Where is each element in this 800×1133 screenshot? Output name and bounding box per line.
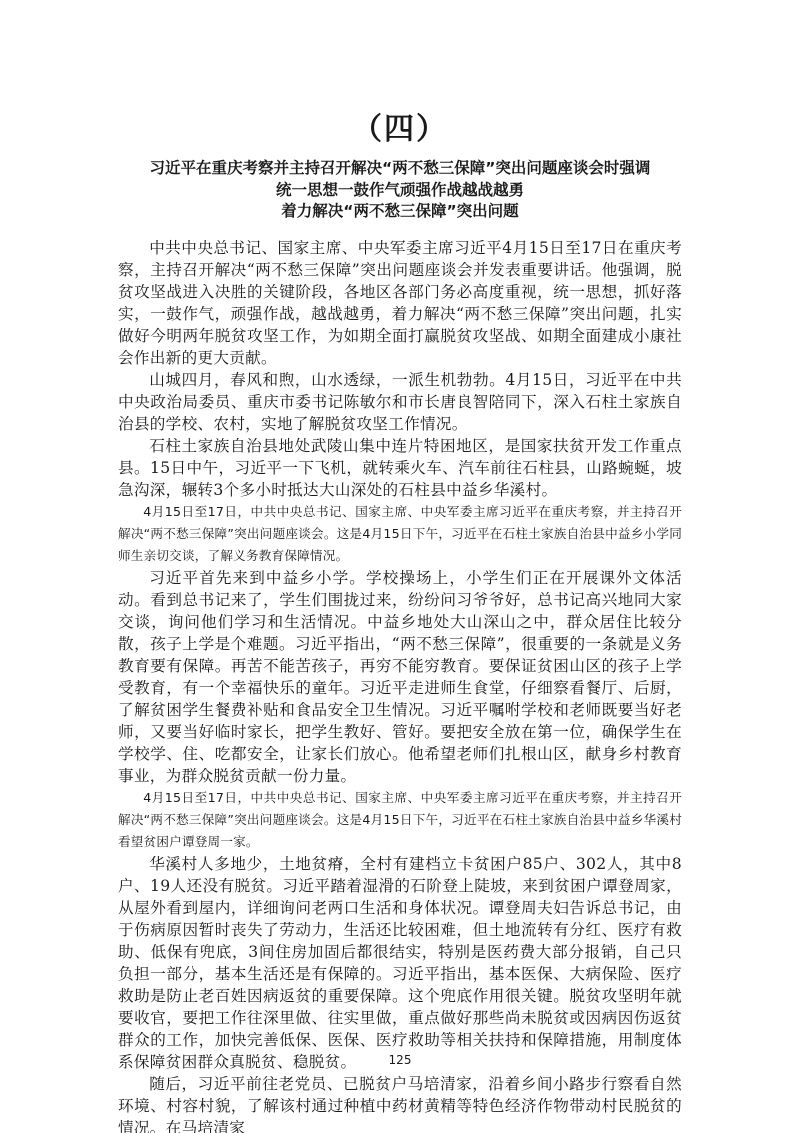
paragraph: 山城四月，春风和煦，山水透绿，一派生机勃勃。4月15日，习近平在中共中央政治局委… (118, 369, 682, 435)
headline-line-2: 统一思想一鼓作气顽强作战越战越勇 (118, 180, 682, 202)
headline-line-3: 着力解决“两不愁三保障”突出问题 (118, 201, 682, 223)
paragraph: 习近平首先来到中益乡小学。学校操场上，小学生们正在开展课外文体活动。看到总书记来… (118, 567, 682, 787)
section-number: （四） (118, 104, 682, 148)
paragraph: 随后，习近平前往老党员、已脱贫户马培清家，沿着乡间小路步行察看自然环境、村容村貌… (118, 1073, 682, 1133)
article-body: 中共中央总书记、国家主席、中央军委主席习近平4月15日至17日在重庆考察，主持召… (118, 237, 682, 1133)
paragraph: 中共中央总书记、国家主席、中央军委主席习近平4月15日至17日在重庆考察，主持召… (118, 237, 682, 369)
headline-line-1: 习近平在重庆考察并主持召开解决“两不愁三保障”突出问题座谈会时强调 (118, 158, 682, 180)
paragraph: 石柱土家族自治县地处武陵山集中连片特困地区，是国家扶贫开发工作重点县。15日中午… (118, 435, 682, 501)
photo-caption: 4月15日至17日，中共中央总书记、国家主席、中央军委主席习近平在重庆考察，并主… (118, 787, 682, 853)
paragraph: 华溪村人多地少，土地贫瘠，全村有建档立卡贫困户85户、302人，其中8户、19人… (118, 853, 682, 1073)
photo-caption: 4月15日至17日，中共中央总书记、国家主席、中央军委主席习近平在重庆考察，并主… (118, 501, 682, 567)
page-number: 125 (0, 1053, 800, 1067)
headline: 习近平在重庆考察并主持召开解决“两不愁三保障”突出问题座谈会时强调 统一思想一鼓… (118, 158, 682, 223)
